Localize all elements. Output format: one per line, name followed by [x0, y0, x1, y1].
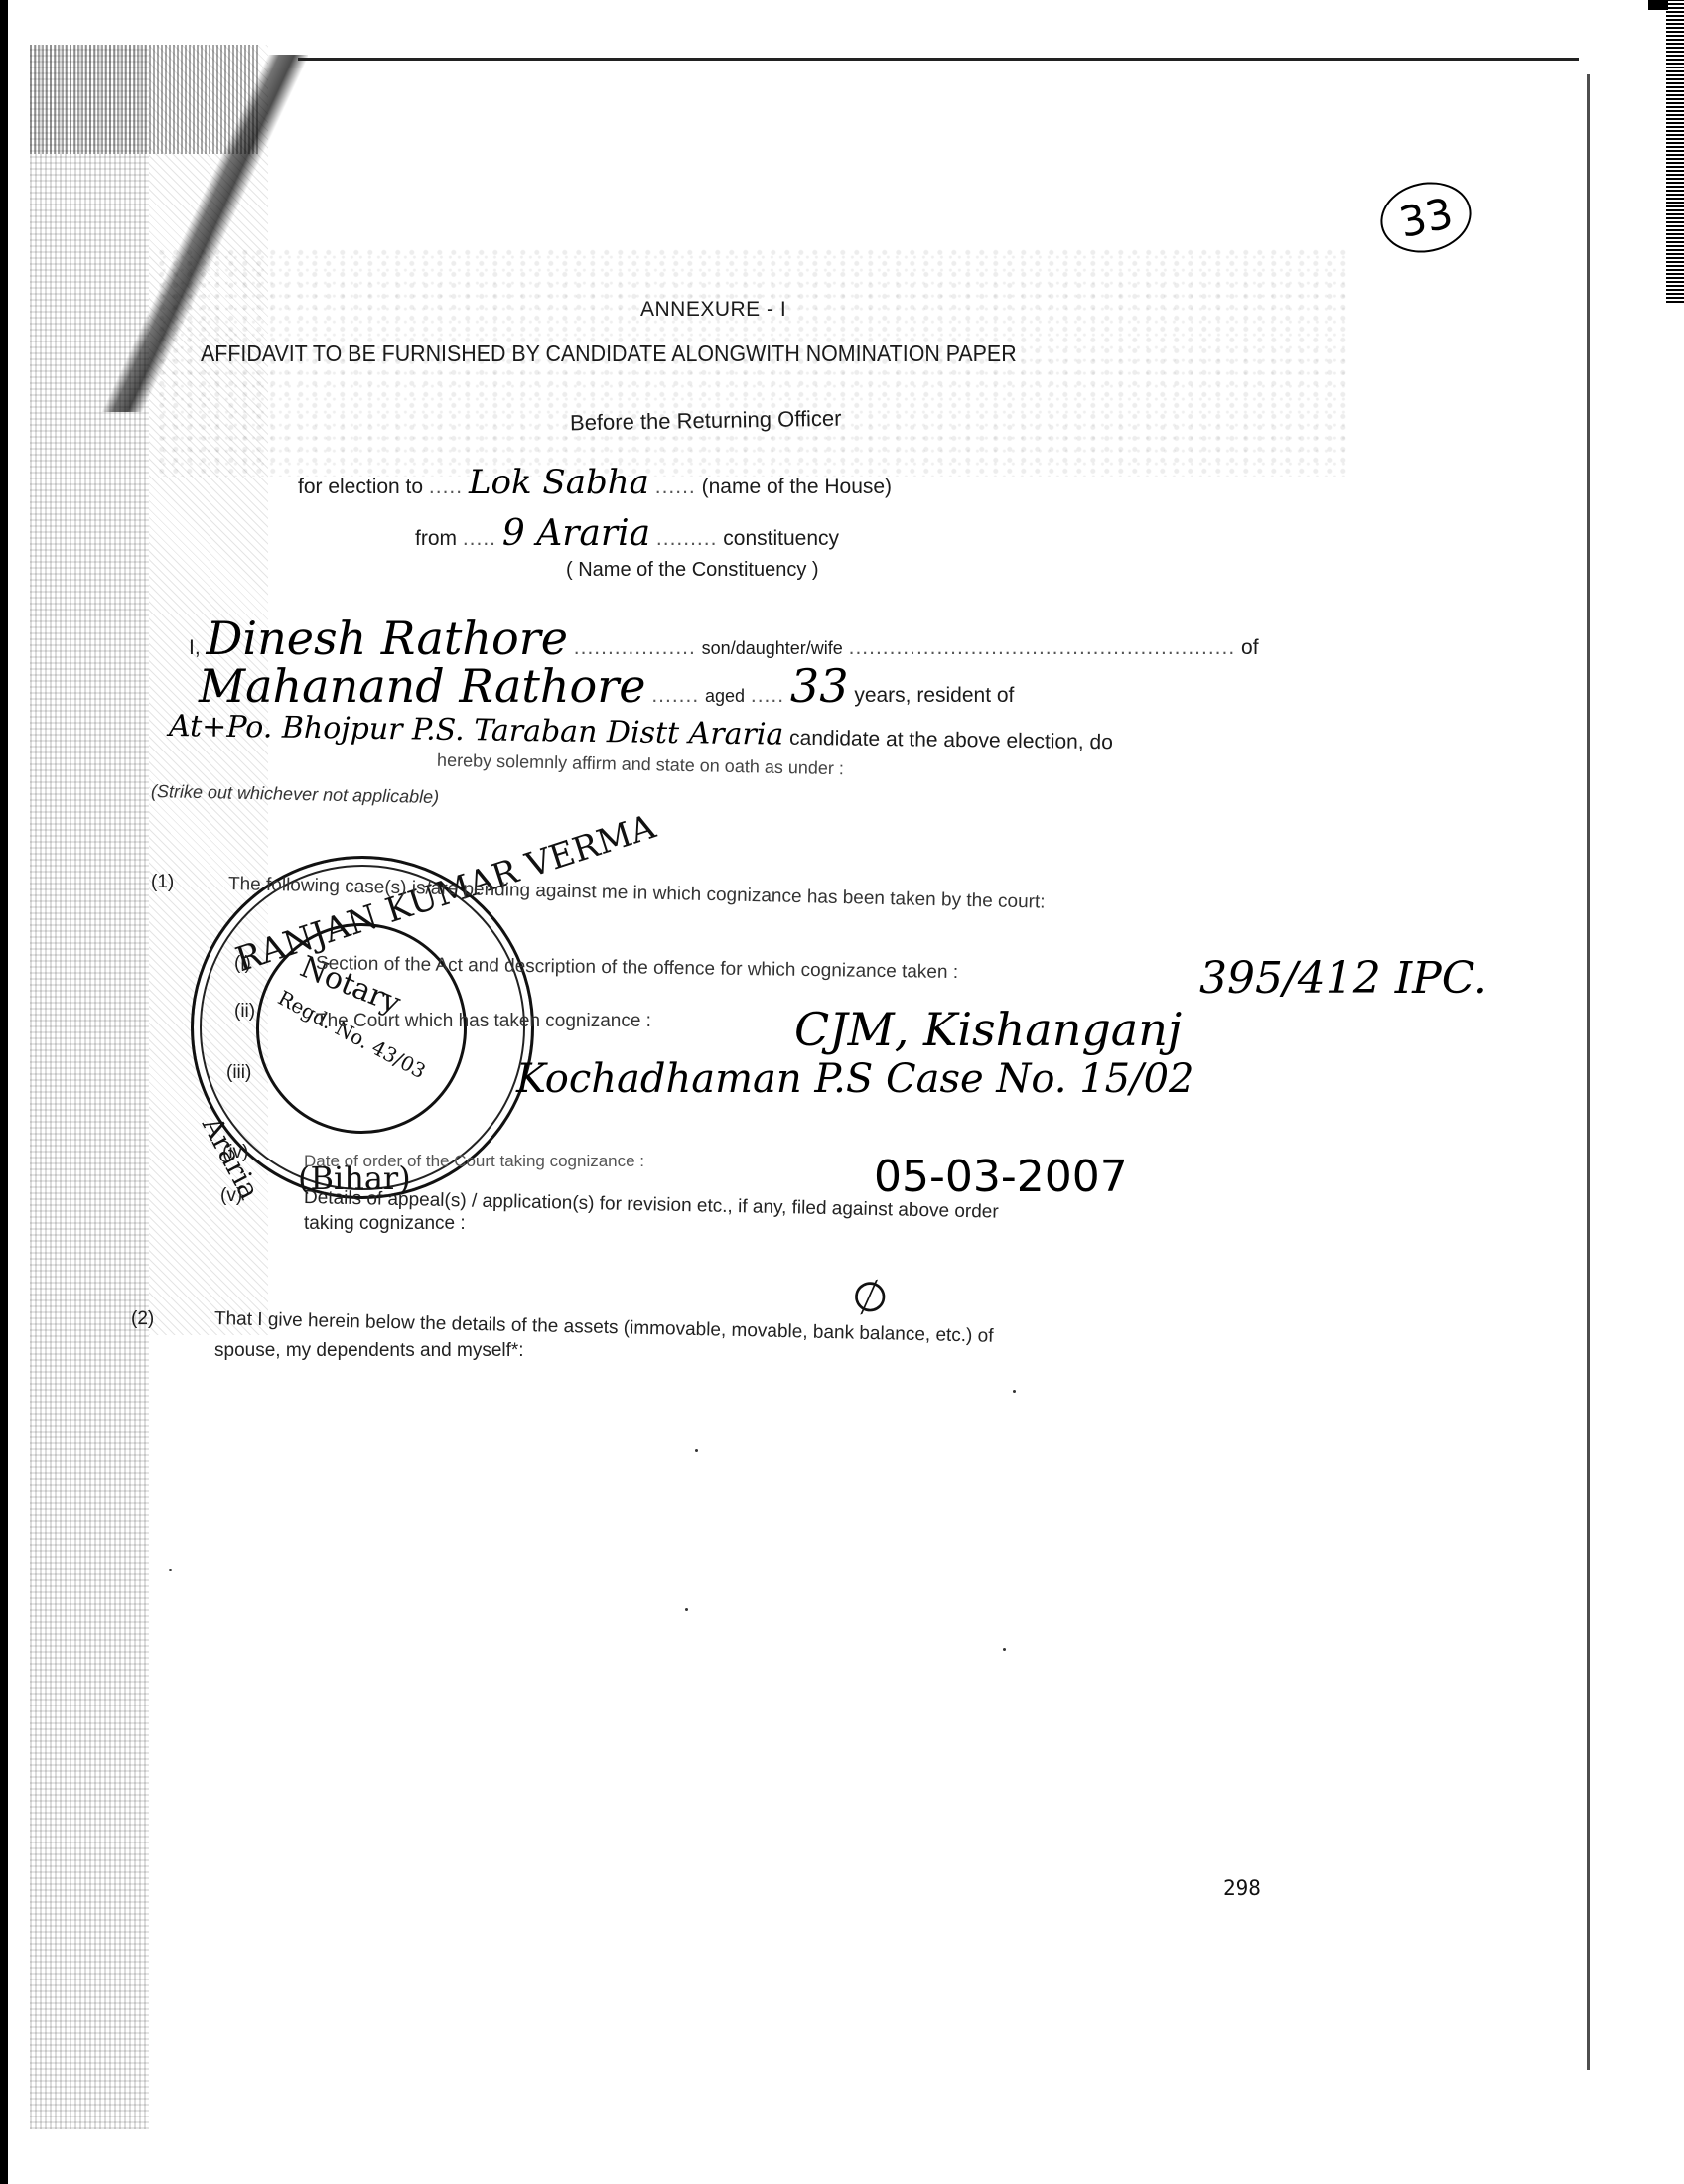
election-value: Lok Sabha — [469, 463, 649, 502]
page-number: 298 — [1223, 1876, 1261, 1900]
subitem-v-nil-mark: ∅ — [846, 1269, 894, 1325]
candidate-prefix: I, — [189, 636, 201, 659]
constituency-caption: ( Name of the Constituency ) — [566, 559, 819, 582]
item-2-number: (2) — [131, 1308, 154, 1330]
address-suffix: candidate at the above election, do — [789, 727, 1113, 754]
oath-line: hereby solemnly affirm and state on oath… — [437, 751, 844, 780]
constituency-value: 9 Araria — [502, 513, 650, 554]
relation-label: son/daughter/wife — [702, 638, 843, 658]
election-row: for election to ..... Lok Sabha ...... (… — [298, 463, 892, 502]
aged-label: aged — [705, 686, 745, 706]
parent-name: Mahanand Rathore — [199, 659, 645, 713]
subitem-ii-label: The Court which has taken cognizance : — [316, 1011, 651, 1032]
parent-row: Mahanand Rathore ....... aged ..... 33 y… — [199, 659, 1014, 713]
document-title: AFFIDAVIT TO BE FURNISHED BY CANDIDATE A… — [201, 341, 1017, 367]
subitem-ii-value: CJM, Kishanganj — [794, 1003, 1182, 1056]
scan-speck — [1003, 1648, 1006, 1651]
candidate-name: Dinesh Rathore — [207, 612, 568, 665]
page-right-edge — [1587, 74, 1590, 2070]
item-1-number: (1) — [151, 872, 174, 893]
subitem-v-number: (v) — [220, 1185, 242, 1207]
age-suffix: years, resident of — [854, 684, 1014, 707]
scan-speck — [685, 1608, 688, 1611]
candidate-row: I, Dinesh Rathore .................. son… — [189, 612, 1259, 665]
election-prefix: for election to — [298, 476, 423, 498]
page-top-edge — [298, 58, 1579, 61]
scan-strip — [1666, 0, 1684, 303]
subitem-iii-value: Kochadhaman P.S Case No. 15/02 — [516, 1056, 1193, 1102]
scan-edge — [0, 0, 8, 2184]
election-suffix: (name of the House) — [702, 476, 892, 498]
constituency-prefix: from — [415, 527, 457, 550]
relation-suffix: of — [1241, 636, 1259, 659]
subitem-ii-number: (ii) — [234, 1001, 255, 1023]
scan-speck — [169, 1569, 172, 1571]
subitem-iv-label: Date of order of the Court taking cogniz… — [304, 1152, 644, 1171]
subitem-iv-number: (iv) — [222, 1142, 248, 1163]
age-value: 33 — [790, 659, 849, 713]
subitem-v-label-line2: taking cognizance : — [304, 1213, 466, 1235]
scan-mark — [1648, 0, 1668, 10]
constituency-suffix: constituency — [723, 527, 839, 550]
subitem-i-number: (i) — [234, 953, 251, 975]
item-2-text-line2: spouse, my dependents and myself*: — [214, 1340, 524, 1362]
document-subtitle: Before the Returning Officer — [570, 406, 842, 437]
subitem-i-value: 395/412 IPC. — [1199, 953, 1487, 1004]
constituency-row: from ..... 9 Araria ......... constituen… — [415, 513, 839, 554]
circled-page-mark: 33 — [1374, 174, 1478, 261]
subitem-iii-number: (iii) — [226, 1062, 251, 1084]
address-row: At+Po. Bhojpur P.S. Taraban Distt Araria… — [169, 709, 1113, 756]
annexure-label: ANNEXURE - I — [640, 298, 786, 322]
scan-speck — [1013, 1390, 1016, 1393]
subitem-iv-value: 05-03-2007 — [874, 1152, 1128, 1202]
scan-speck — [695, 1449, 698, 1452]
